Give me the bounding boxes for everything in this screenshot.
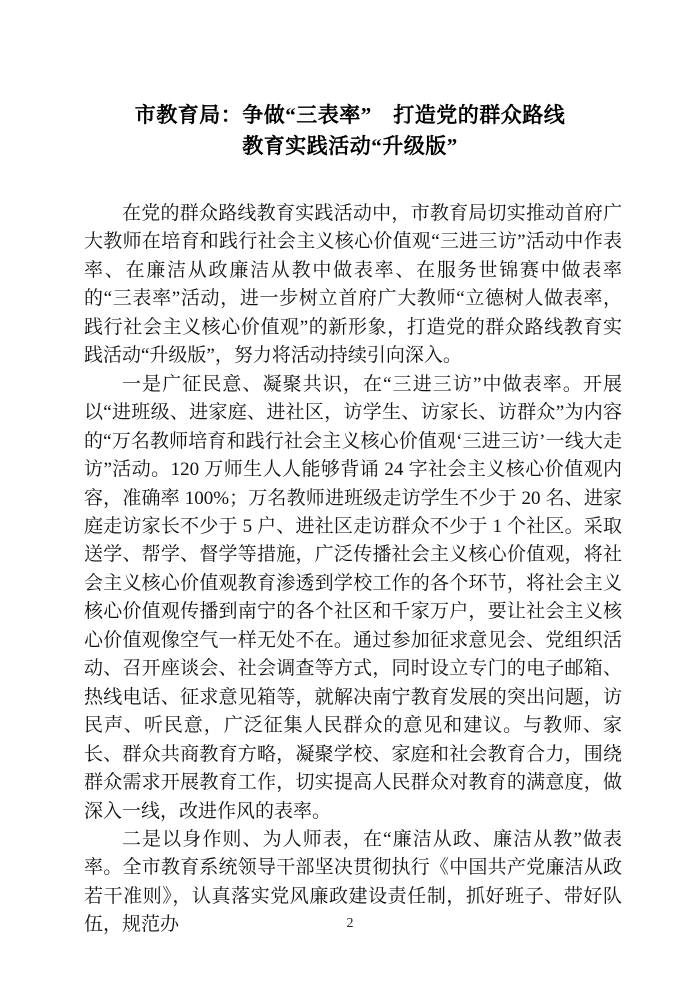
document-title: 市教育局：争做“三表率” 打造党的群众路线 教育实践活动“升级版” bbox=[0, 0, 700, 162]
title-line-1: 市教育局：争做“三表率” 打造党的群众路线 bbox=[0, 100, 700, 131]
title-line-2: 教育实践活动“升级版” bbox=[0, 131, 700, 162]
page-number: 2 bbox=[0, 916, 700, 932]
paragraph-point-one: 一是广征民意、凝聚共识，在“三进三访”中做表率。开展以“进班级、进家庭、进社区，… bbox=[84, 371, 622, 826]
document-body: 在党的群众路线教育实践活动中，市教育局切实推动首府广大教师在培育和践行社会主义核… bbox=[84, 200, 622, 940]
paragraph-intro: 在党的群众路线教育实践活动中，市教育局切实推动首府广大教师在培育和践行社会主义核… bbox=[84, 200, 622, 371]
document-page: 市教育局：争做“三表率” 打造党的群众路线 教育实践活动“升级版” 在党的群众路… bbox=[0, 0, 700, 990]
